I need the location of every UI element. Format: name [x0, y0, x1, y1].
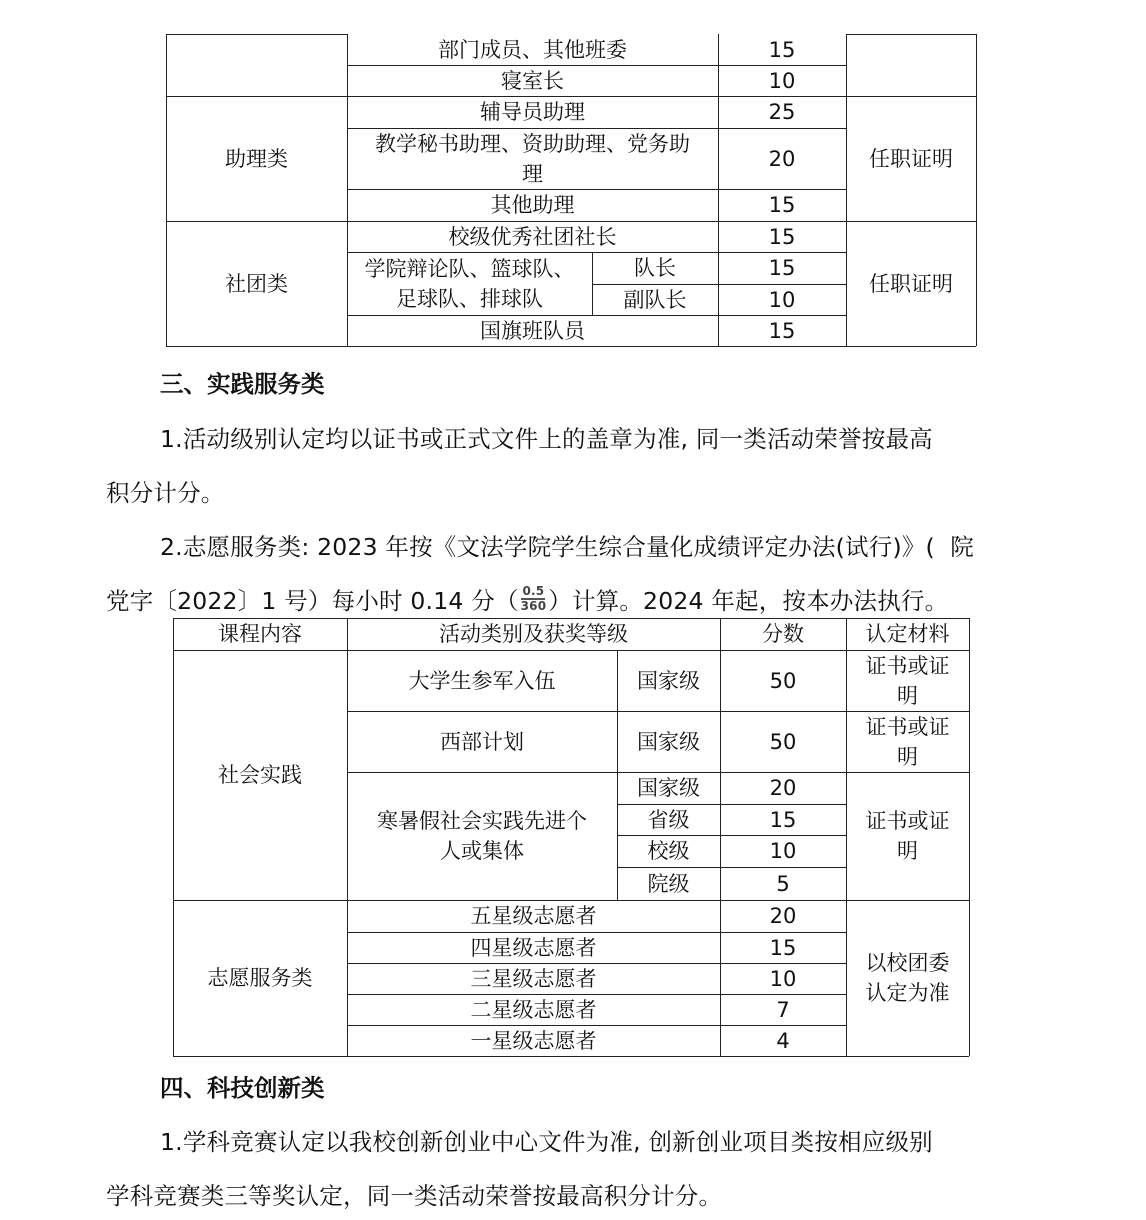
- material-text-line: 认定为准: [866, 978, 950, 1008]
- material-text-line: 证书或证: [866, 806, 950, 836]
- paragraph-line: 2.志愿服务类: 2023 年按《文法学院学生综合量化成绩评定办法(试行)》( …: [160, 528, 974, 562]
- level-cell: 国家级: [617, 650, 720, 711]
- level-cell: 校级: [617, 835, 720, 867]
- item-cell: 部门成员、其他班委: [347, 34, 718, 65]
- activity-cell: 大学生参军入伍: [347, 650, 617, 711]
- level-cell: 院级: [617, 867, 720, 900]
- level-cell: 国家级: [617, 772, 720, 804]
- activity-text-line: 人或集体: [440, 836, 524, 866]
- paragraph-line: 学科竞赛类三等奖认定，同一类活动荣誉按最高积分计分。: [106, 1177, 722, 1211]
- activity-cell: 西部计划: [347, 711, 617, 772]
- score-cell: 5: [720, 867, 846, 900]
- score-cell: 15: [718, 221, 846, 252]
- score-cell: 50: [720, 650, 846, 711]
- activity-cell: 四星级志愿者: [347, 932, 720, 963]
- activity-cell: 三星级志愿者: [347, 963, 720, 994]
- score-cell: 15: [718, 189, 846, 221]
- fraction-denominator: 360: [521, 600, 547, 613]
- material-text-line: 明: [897, 742, 918, 772]
- score-cell: 15: [718, 252, 846, 284]
- table-border: [166, 34, 347, 35]
- item-cell: 寝室长: [347, 65, 718, 96]
- category-cell: 社团类: [166, 221, 347, 346]
- score-cell: 10: [720, 835, 846, 867]
- score-cell: 15: [718, 34, 846, 65]
- item-text-line: 理: [522, 159, 543, 189]
- activity-text-line: 寒暑假社会实践先进个: [377, 806, 587, 836]
- activity-cell: 一星级志愿者: [347, 1025, 720, 1056]
- paragraph-line: 积分计分。: [106, 474, 225, 508]
- paragraph-line: 党字〔2022〕1 号）每小时 0.14 分（ 0.5 360 ）计算。2024…: [106, 582, 948, 616]
- item-cell: 国旗班队员: [347, 315, 718, 346]
- score-cell: 7: [720, 994, 846, 1025]
- column-header-score: 分数: [720, 618, 846, 650]
- item-text-line: 教学秘书助理、资助助理、党务助: [375, 129, 690, 159]
- item-text-line: 足球队、排球队: [396, 284, 543, 314]
- table-border: [976, 34, 977, 346]
- sub-role-cell: 队长: [592, 252, 718, 284]
- score-cell: 15: [720, 804, 846, 835]
- material-text-line: 证书或证: [866, 651, 950, 681]
- paragraph-line: 1.活动级别认定均以证书或正式文件上的盖章为准, 同一类活动荣誉按最高: [160, 420, 933, 454]
- score-cell: 10: [718, 284, 846, 315]
- table-border: [969, 618, 970, 1056]
- material-cell: 任职证明: [846, 221, 976, 346]
- category-cell: 志愿服务类: [173, 900, 347, 1056]
- activity-cell: 寒暑假社会实践先进个 人或集体: [347, 772, 617, 900]
- material-text-line: 明: [897, 681, 918, 711]
- column-header-course: 课程内容: [173, 618, 347, 650]
- item-cell: 教学秘书助理、资助助理、党务助 理: [347, 128, 718, 189]
- material-text-line: 证书或证: [866, 712, 950, 742]
- paragraph-line: 1.学科竞赛认定以我校创新创业中心文件为准, 创新创业项目类按相应级别: [160, 1123, 933, 1157]
- level-cell: 省级: [617, 804, 720, 835]
- table-border: [173, 1056, 969, 1057]
- material-cell: 证书或证 明: [846, 650, 969, 711]
- paragraph-text: 党字〔2022〕1 号）每小时 0.14 分（: [106, 582, 519, 616]
- fraction: 0.5 360: [521, 585, 547, 613]
- level-cell: 国家级: [617, 711, 720, 772]
- column-header-material: 认定材料: [846, 618, 969, 650]
- material-cell: 证书或证 明: [846, 711, 969, 772]
- paragraph-text: ）计算。2024 年起，按本办法执行。: [548, 582, 948, 616]
- item-cell: 校级优秀社团社长: [347, 221, 718, 252]
- material-cell: 证书或证 明: [846, 772, 969, 900]
- item-text-line: 学院辩论队、篮球队、: [365, 254, 575, 284]
- score-cell: 20: [720, 772, 846, 804]
- score-cell: 4: [720, 1025, 846, 1056]
- column-header-activity: 活动类别及获奖等级: [347, 618, 720, 650]
- item-cell: 其他助理: [347, 189, 718, 221]
- material-text-line: 明: [897, 836, 918, 866]
- score-cell: 20: [720, 900, 846, 932]
- material-cell: 任职证明: [846, 96, 976, 221]
- material-text-line: 以校团委: [866, 948, 950, 978]
- score-cell: 25: [718, 96, 846, 128]
- fraction-numerator: 0.5: [521, 585, 545, 600]
- material-cell: 以校团委 认定为准: [846, 900, 969, 1056]
- activity-cell: 二星级志愿者: [347, 994, 720, 1025]
- score-cell: 15: [720, 932, 846, 963]
- score-cell: 15: [718, 315, 846, 346]
- score-cell: 10: [718, 65, 846, 96]
- section-heading: 四、科技创新类: [160, 1069, 325, 1103]
- category-cell: 社会实践: [173, 650, 347, 900]
- activity-cell: 五星级志愿者: [347, 900, 720, 932]
- table-border: [166, 346, 976, 347]
- item-cell: 辅导员助理: [347, 96, 718, 128]
- category-cell: 助理类: [166, 96, 347, 221]
- score-cell: 10: [720, 963, 846, 994]
- sub-role-cell: 副队长: [592, 284, 718, 315]
- section-heading: 三、实践服务类: [160, 365, 325, 399]
- item-cell: 学院辩论队、篮球队、 足球队、排球队: [347, 252, 592, 315]
- score-cell: 20: [718, 128, 846, 189]
- score-cell: 50: [720, 711, 846, 772]
- table-border: [846, 34, 976, 35]
